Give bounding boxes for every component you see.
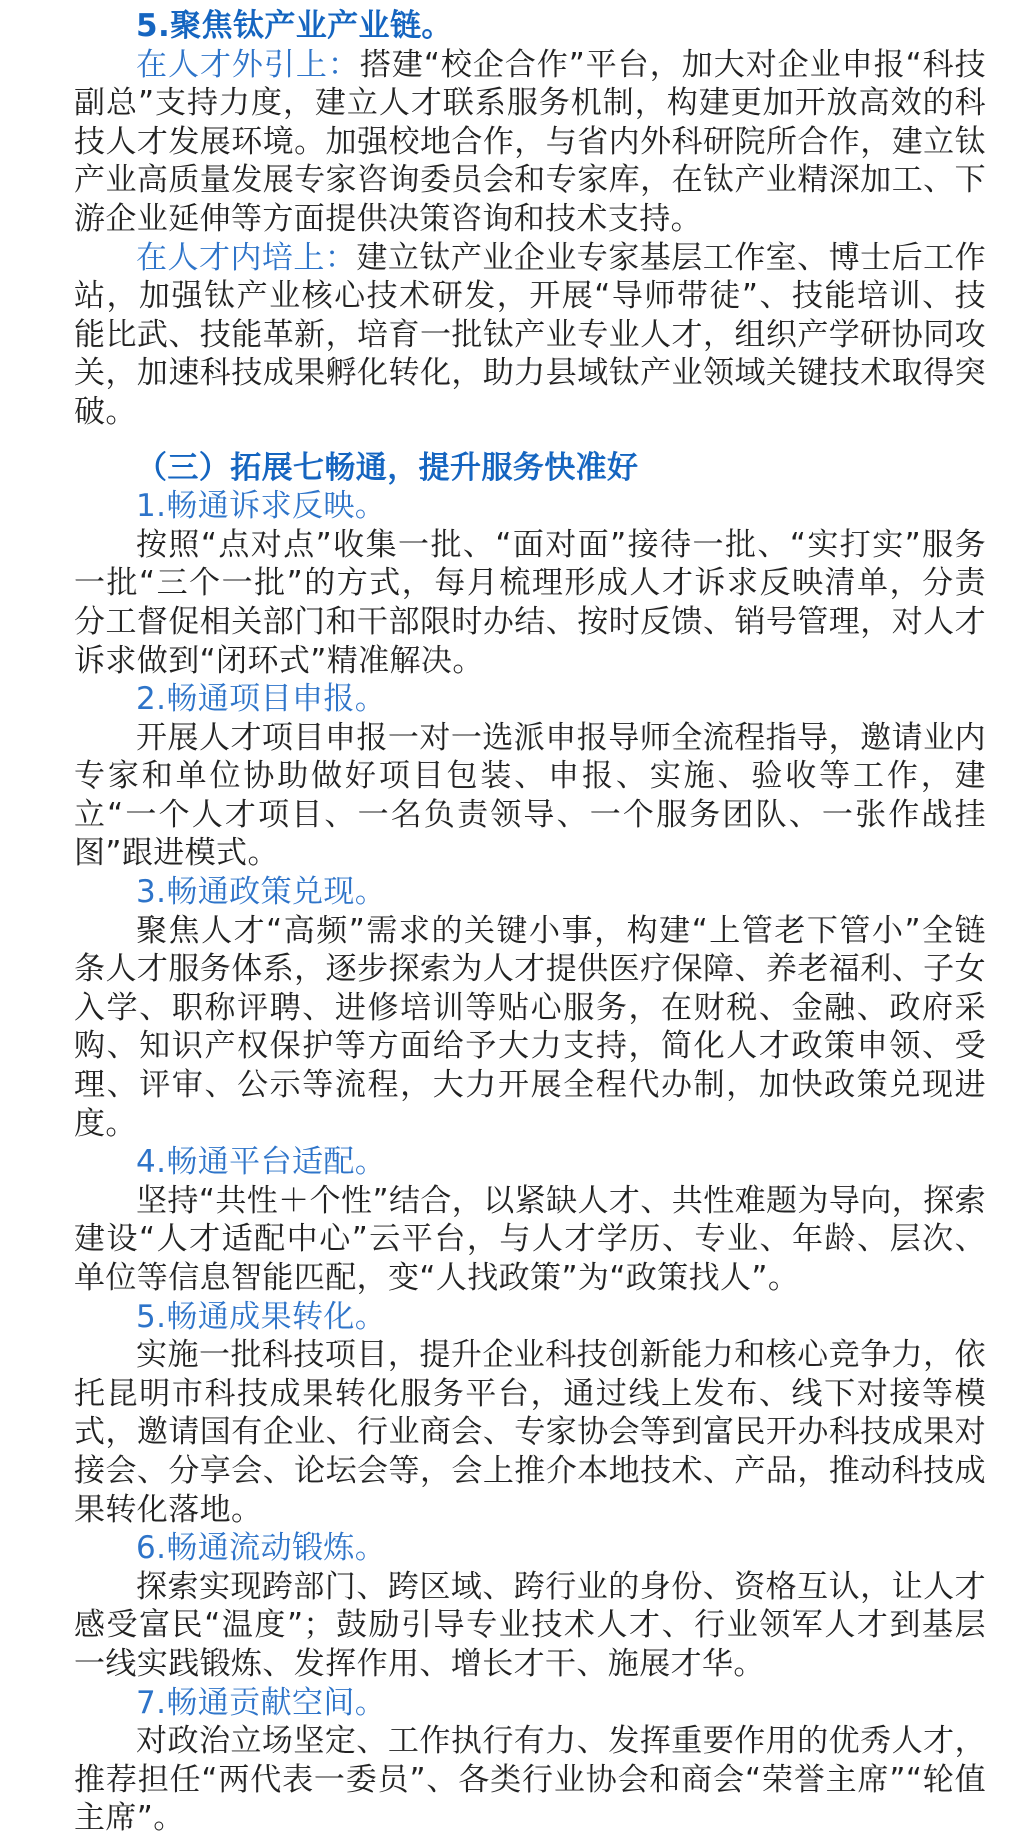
body-paragraph: 开展人才项目申报一对一选派申报导师全流程指导，邀请业内专家和单位协助做好项目包装… <box>74 719 986 873</box>
paragraph-lead: 在人才内培上： <box>136 240 356 276</box>
body-paragraph: 按照“点对点”收集一批、“面对面”接待一批、“实打实”服务一批“三个一批”的方式… <box>74 526 986 680</box>
lead-paragraph: 在人才内培上：建立钛产业企业专家基层工作室、博士后工作站，加强钛产业核心技术研发… <box>74 239 986 432</box>
main-heading: 5.聚焦钛产业产业链。 <box>74 7 986 46</box>
numbered-subheading: 4.畅通平台适配。 <box>74 1143 986 1182</box>
numbered-subheading: 2.畅通项目申报。 <box>74 680 986 719</box>
body-paragraph: 聚焦人才“高频”需求的关键小事，构建“上管老下管小”全链条人才服务体系，逐步探索… <box>74 912 986 1144</box>
document-page: 5.聚焦钛产业产业链。 在人才外引上：搭建“校企合作”平台，加大对企业申报“科技… <box>0 0 1024 1841</box>
body-paragraph: 探索实现跨部门、跨区域、跨行业的身份、资格互认，让人才感受富民“温度”；鼓励引导… <box>74 1568 986 1684</box>
numbered-subheading: 1.畅通诉求反映。 <box>74 487 986 526</box>
paragraph-lead: 在人才外引上： <box>136 47 360 83</box>
lead-paragraph: 在人才外引上：搭建“校企合作”平台，加大对企业申报“科技副总”支持力度，建立人才… <box>74 46 986 239</box>
body-paragraph: 对政治立场坚定、工作执行有力、发挥重要作用的优秀人才，推荐担任“两代表一委员”、… <box>74 1722 986 1838</box>
numbered-subheading: 5.畅通成果转化。 <box>74 1298 986 1337</box>
numbered-subheading: 7.畅通贡献空间。 <box>74 1684 986 1723</box>
body-paragraph: 坚持“共性＋个性”结合，以紧缺人才、共性难题为导向，探索建设“人才适配中心”云平… <box>74 1182 986 1298</box>
section-heading: （三）拓展七畅通，提升服务快准好 <box>74 449 986 488</box>
body-paragraph: 实施一批科技项目，提升企业科技创新能力和核心竞争力，依托昆明市科技成果转化服务平… <box>74 1336 986 1529</box>
numbered-subheading: 6.畅通流动锻炼。 <box>74 1529 986 1568</box>
numbered-subheading: 3.畅通政策兑现。 <box>74 873 986 912</box>
